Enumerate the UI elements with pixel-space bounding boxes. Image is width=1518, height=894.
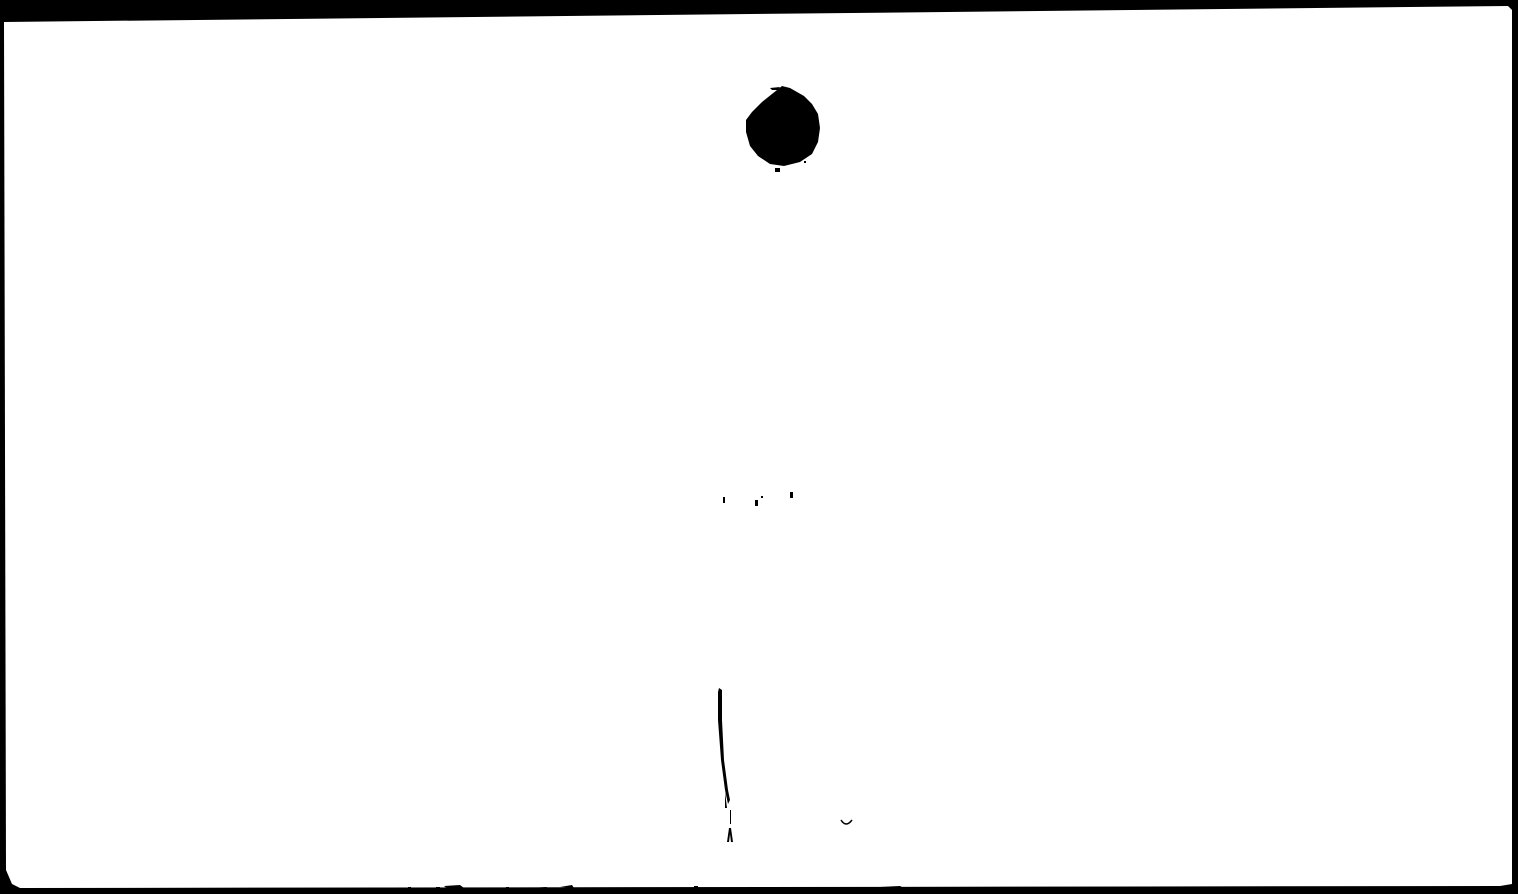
speck: [804, 161, 806, 163]
speck: [1512, 4, 1514, 6]
speck: [716, 889, 746, 891]
speck: [790, 492, 793, 498]
speck: [755, 500, 758, 506]
speck: [622, 889, 650, 891]
speck: [408, 887, 411, 889]
speck: [775, 168, 780, 172]
stem-fragment: [730, 810, 731, 824]
speck: [6, 12, 10, 16]
binarized-image: [0, 0, 1518, 894]
image-scene: Binarized black-and-white image: white f…: [0, 0, 1518, 894]
speck: [761, 496, 763, 498]
speck: [723, 497, 725, 503]
speck: [436, 887, 440, 889]
speck: [694, 886, 698, 888]
speck: [780, 888, 788, 890]
speck: [962, 887, 964, 889]
speck: [506, 887, 509, 889]
